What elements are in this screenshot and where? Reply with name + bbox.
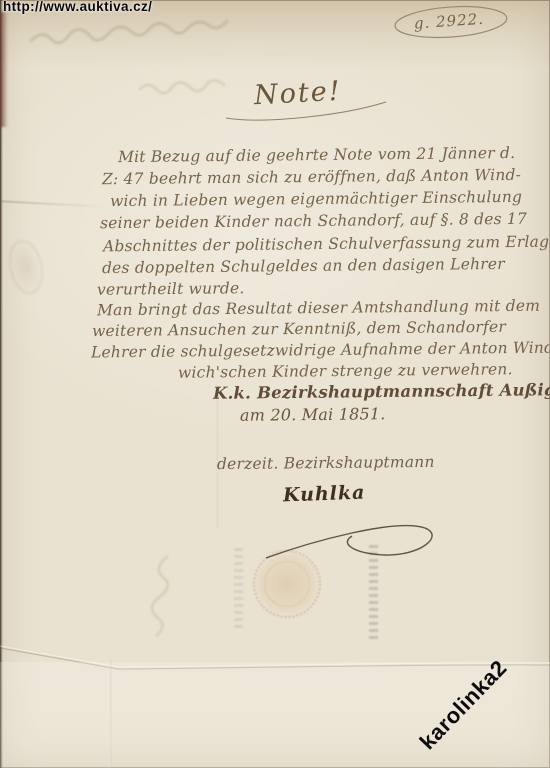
bleedthrough-writing-small (135, 74, 235, 100)
body-line: Mit Bezug auf die geehrte Note vom 21 Jä… (118, 144, 515, 166)
body-line: verurtheilt wurde. (97, 279, 245, 299)
auction-site-watermark: http://www.auktiva.cz/ (3, 0, 152, 14)
postal-stamp-inner-ring (264, 561, 310, 607)
signature: Kuhlka (283, 482, 366, 507)
vertical-stamp-text-bleed (369, 545, 378, 639)
body-line: wich in Lieben wegen eigenmächtiger Eins… (110, 188, 522, 210)
body-line: Z: 47 beehrt man sich zu eröffnen, daß A… (102, 166, 521, 188)
body-line: seiner beiden Kinder nach Schandorf, auf… (100, 210, 527, 232)
body-line: wich'schen Kinder strenge zu verwehren. (178, 360, 513, 382)
body-line: Man bringt das Resultat dieser Amtshandl… (97, 297, 540, 320)
paper-left-edge-blotch (0, 12, 8, 127)
postal-stamp-bleedthrough (253, 550, 321, 618)
bleedthrough-writing-top (25, 18, 245, 54)
body-line: Lehrer die schulgesetzwidrige Aufnahme d… (91, 339, 550, 362)
letter-scan: http://www.auktiva.cz/ g. 2922. Note! Mi… (0, 0, 550, 768)
reference-number-oval: g. 2922. (391, 0, 512, 47)
left-edge-oval-stamp (5, 237, 48, 296)
body-line: weiteren Ansuchen zur Kenntniß, dem Scha… (92, 318, 506, 340)
date-line: am 20. Mai 1851. (240, 404, 386, 425)
body-line: des doppelten Schulgeldes an den dasigen… (102, 255, 505, 277)
bleedthrough-flourish-bottom (138, 550, 188, 640)
issuer-line: K.k. Bezirkshauptmannschaft Außig (213, 380, 550, 403)
body-line: Abschnittes der politischen Schulverfass… (103, 233, 550, 256)
closing-line: derzeit. Bezirkshauptmann (217, 453, 435, 473)
letter-title: Note! (253, 76, 342, 112)
vertical-stamp-text-bleed-small (234, 548, 243, 628)
small-fold-crease (0, 200, 105, 207)
